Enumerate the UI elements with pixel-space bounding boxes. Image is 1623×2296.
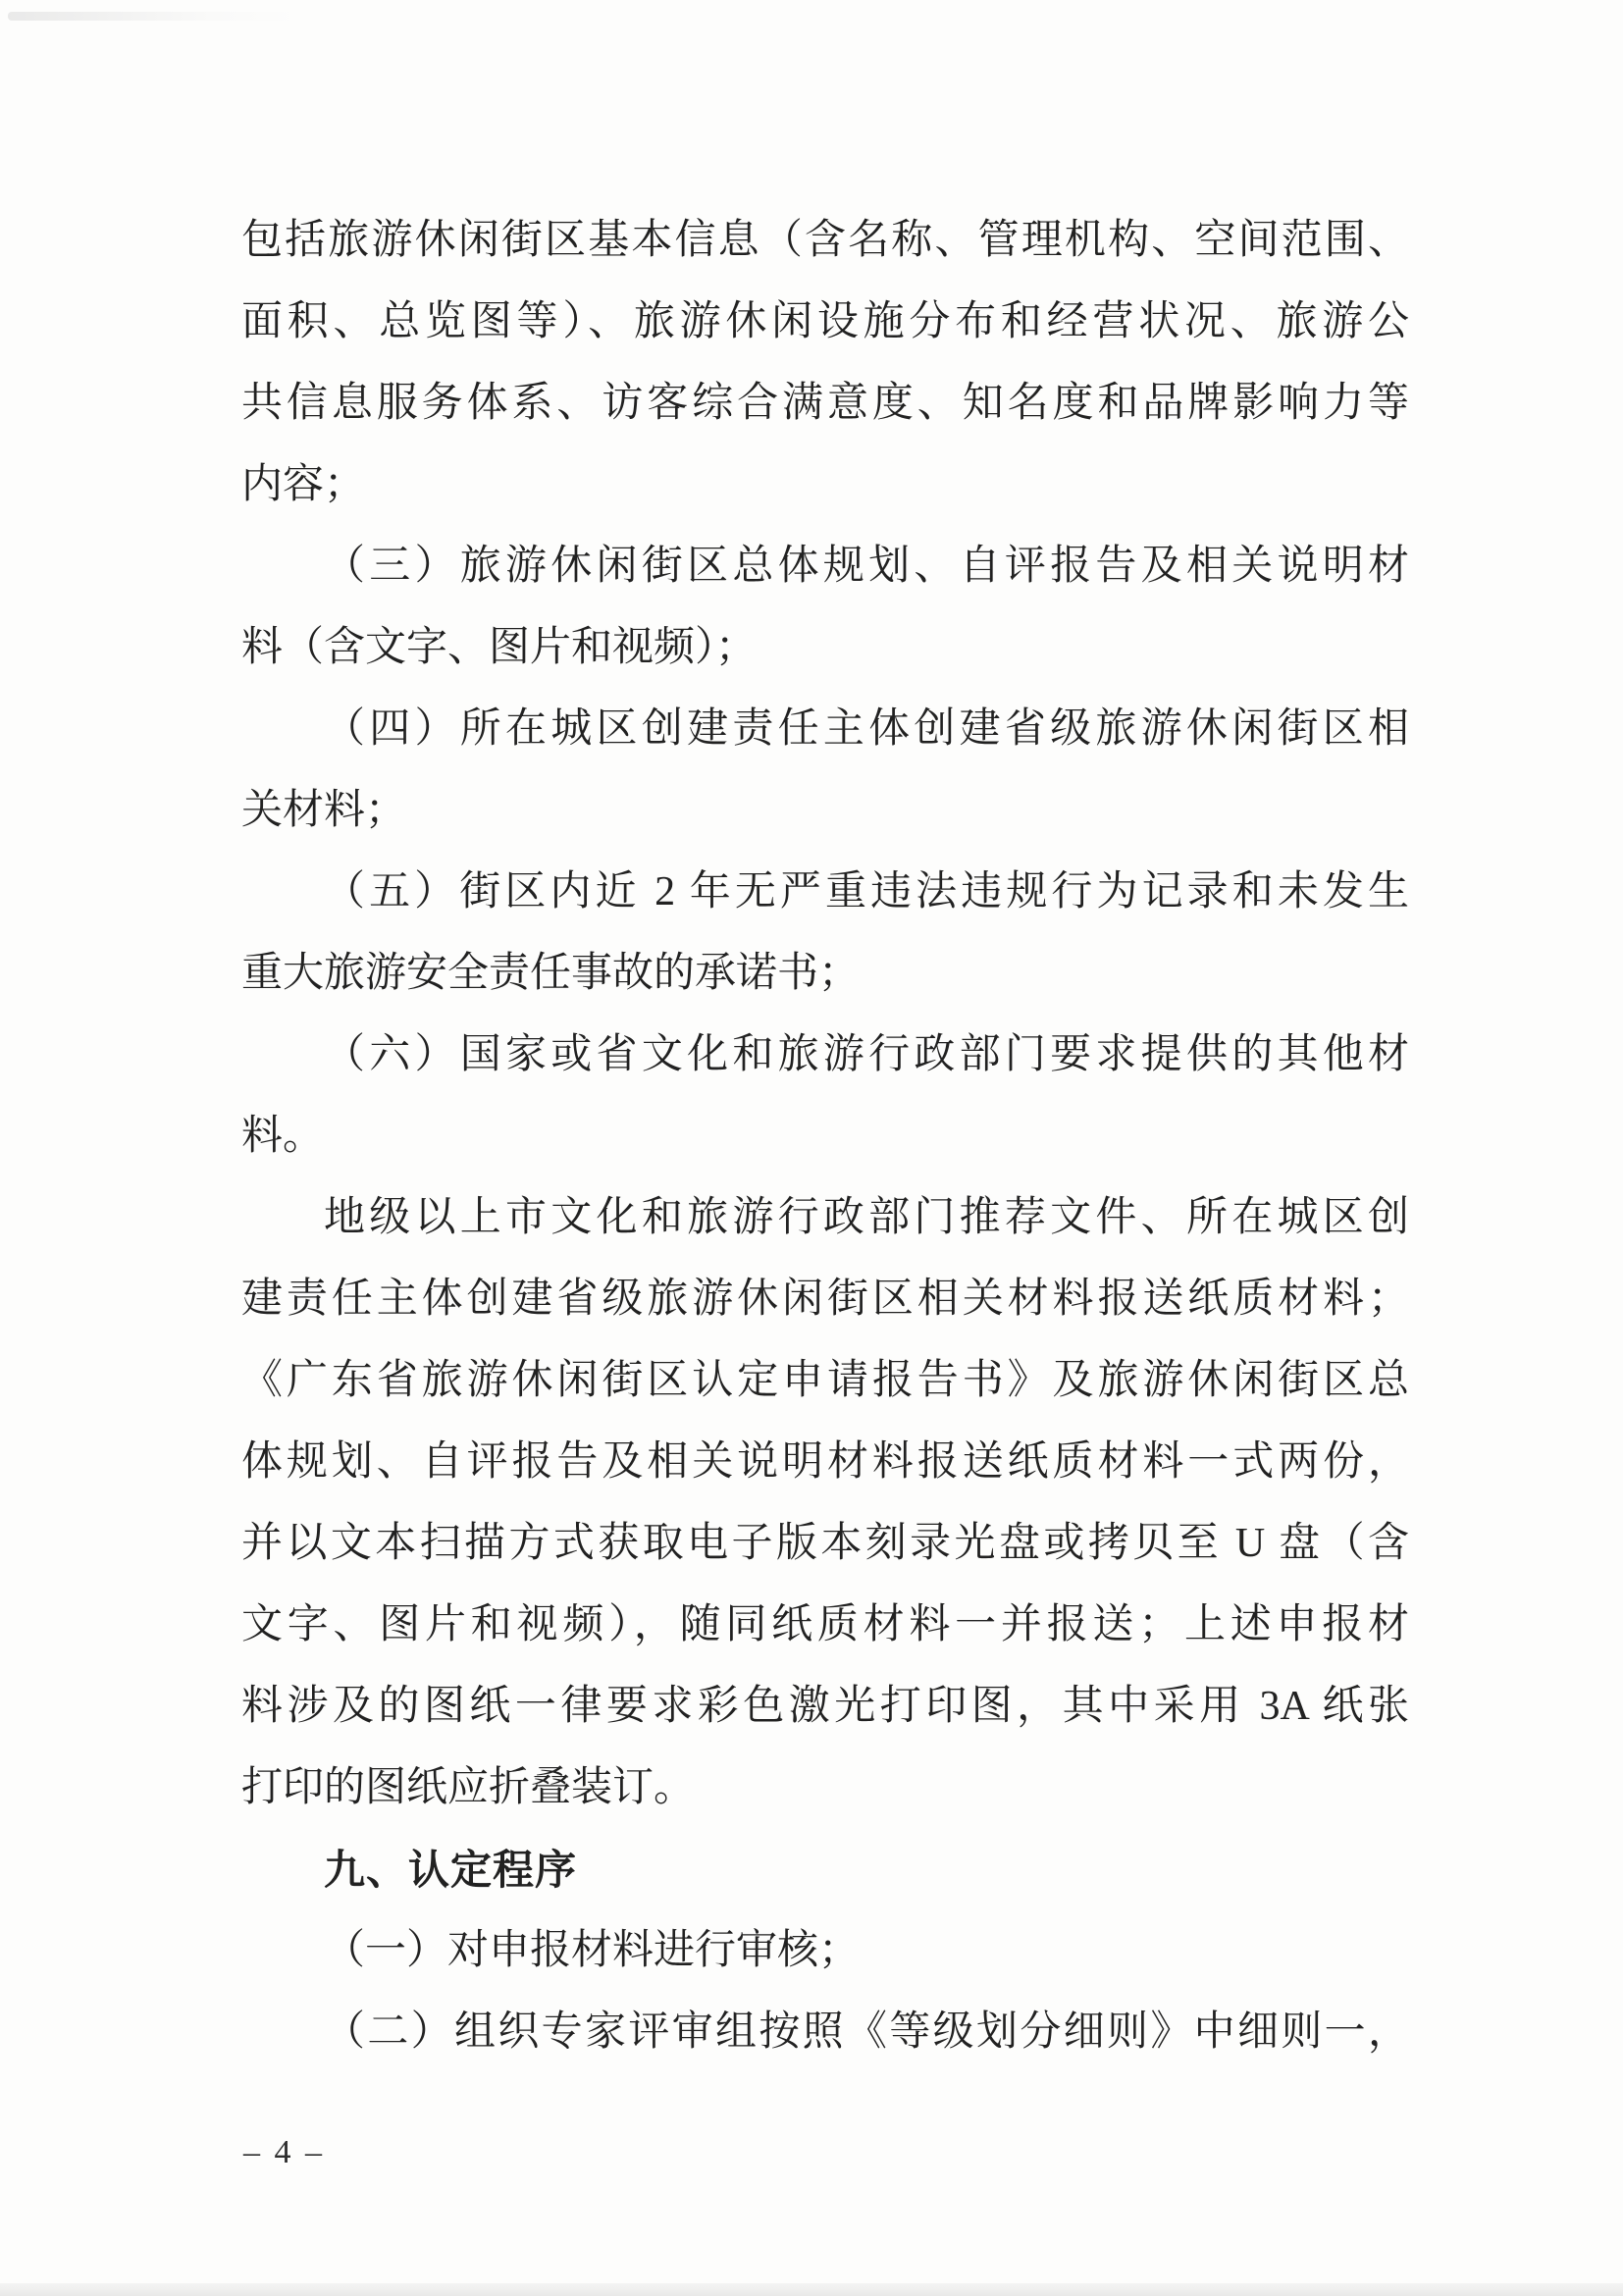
- doc-line: （二）组织专家评审组按照《等级划分细则》中细则一，: [241, 1992, 1409, 2073]
- section-heading: 九、认定程序: [241, 1829, 1409, 1910]
- doc-line: 料。: [241, 1096, 1409, 1177]
- document-page: 包括旅游休闲街区基本信息（含名称、管理机构、空间范围、 面积、总览图等）、旅游休…: [0, 0, 1623, 2296]
- doc-line: （四）所在城区创建责任主体创建省级旅游休闲街区相: [241, 689, 1409, 770]
- doc-line: （三）旅游休闲街区总体规划、自评报告及相关说明材: [241, 526, 1409, 607]
- doc-line: 并以文本扫描方式获取电子版本刻录光盘或拷贝至 U 盘（含: [241, 1503, 1409, 1585]
- doc-line: 面积、总览图等）、旅游休闲设施分布和经营状况、旅游公: [241, 282, 1409, 363]
- page-number: – 4 –: [243, 2131, 325, 2174]
- doc-line: 料（含文字、图片和视频）；: [241, 607, 1409, 689]
- document-body: 包括旅游休闲街区基本信息（含名称、管理机构、空间范围、 面积、总览图等）、旅游休…: [241, 200, 1409, 2073]
- doc-line: 地级以上市文化和旅游行政部门推荐文件、所在城区创: [241, 1177, 1409, 1259]
- doc-line: （五）街区内近 2 年无严重违法违规行为记录和未发生: [241, 852, 1409, 933]
- doc-line: （一）对申报材料进行审核；: [241, 1910, 1409, 1992]
- scan-artifact-top: [8, 12, 297, 21]
- doc-line: 重大旅游安全责任事故的承诺书；: [241, 933, 1409, 1015]
- doc-line: 包括旅游休闲街区基本信息（含名称、管理机构、空间范围、: [241, 200, 1409, 282]
- doc-line: 体规划、自评报告及相关说明材料报送纸质材料一式两份，: [241, 1422, 1409, 1503]
- doc-line: 料涉及的图纸一律要求彩色激光打印图，其中采用 3A 纸张: [241, 1666, 1409, 1748]
- doc-line: 《广东省旅游休闲街区认定申请报告书》及旅游休闲街区总: [241, 1340, 1409, 1422]
- doc-line: （六）国家或省文化和旅游行政部门要求提供的其他材: [241, 1015, 1409, 1096]
- scan-artifact-bottom: [0, 2283, 1623, 2296]
- doc-line: 文字、图片和视频），随同纸质材料一并报送；上述申报材: [241, 1585, 1409, 1666]
- doc-line: 打印的图纸应折叠装订。: [241, 1748, 1409, 1829]
- doc-line: 建责任主体创建省级旅游休闲街区相关材料报送纸质材料；: [241, 1259, 1409, 1340]
- doc-line: 共信息服务体系、访客综合满意度、知名度和品牌影响力等: [241, 363, 1409, 444]
- doc-line: 内容；: [241, 444, 1409, 526]
- doc-line: 关材料；: [241, 770, 1409, 852]
